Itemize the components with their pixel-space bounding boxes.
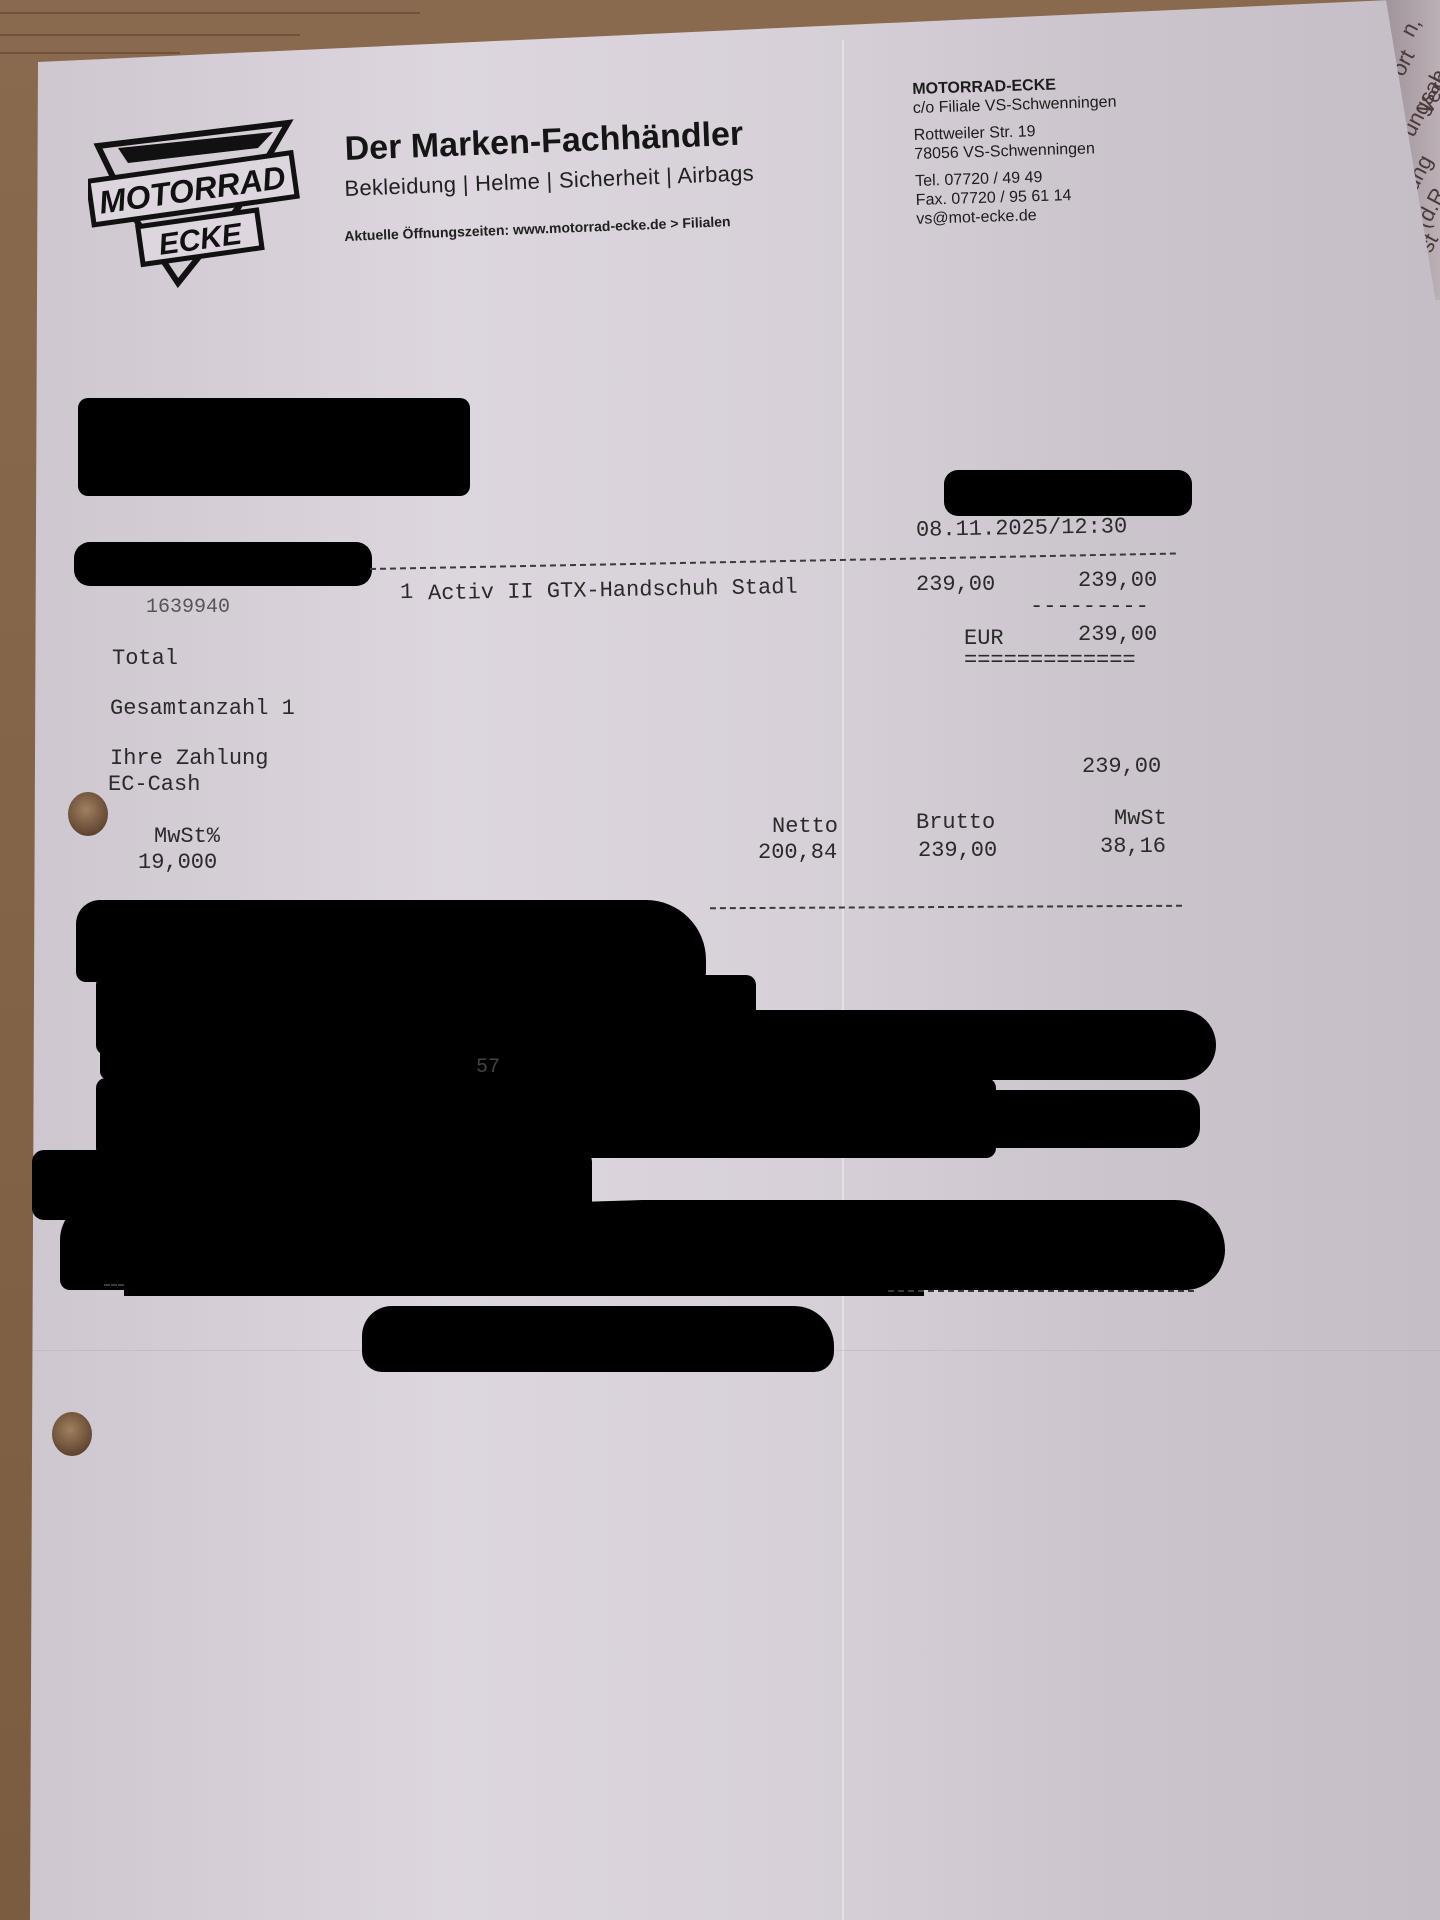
redaction — [944, 470, 1192, 516]
punch-hole — [68, 792, 108, 836]
dashed-rule — [104, 1284, 124, 1286]
item-total: 239,00 — [1078, 568, 1157, 593]
redaction — [78, 398, 470, 496]
redaction — [560, 1060, 940, 1076]
tax-rate-header: MwSt% — [154, 824, 220, 849]
paper-fold — [842, 40, 844, 1920]
redaction — [362, 1306, 834, 1372]
tax-amount-header: MwSt — [1114, 806, 1167, 831]
tax-gross: 239,00 — [918, 838, 997, 863]
tax-rate: 19,000 — [138, 850, 217, 875]
subtotal-rule: --------- — [1030, 594, 1149, 619]
payment-amount: 239,00 — [1082, 754, 1161, 779]
item-qty: 1 — [400, 580, 414, 605]
total-amount: 239,00 — [1078, 622, 1157, 647]
tax-amount: 38,16 — [1100, 834, 1166, 859]
item-unit-price: 239,00 — [916, 572, 995, 597]
article-number: 1639940 — [146, 596, 230, 619]
redaction — [76, 900, 706, 982]
tax-net-header: Netto — [772, 814, 838, 839]
receipt-datetime: 08.11.2025/12:30 — [916, 514, 1128, 543]
payment-method: EC-Cash — [108, 772, 200, 797]
tax-gross-header: Brutto — [916, 810, 995, 835]
tax-net: 200,84 — [758, 840, 837, 865]
payment-label: Ihre Zahlung — [110, 746, 268, 771]
redaction — [96, 1078, 996, 1158]
dashed-rule — [888, 1290, 1194, 1292]
item-count: Gesamtanzahl 1 — [110, 696, 295, 721]
total-label: Total — [112, 646, 178, 671]
redaction — [124, 1260, 924, 1296]
paper-fragment: n, — [1395, 13, 1427, 41]
store-address: MOTORRAD-ECKE c/o Filiale VS-Schwenninge… — [912, 74, 1120, 229]
motorrad-ecke-logo: MOTORRAD ECKE — [88, 118, 308, 288]
redaction — [930, 1090, 1200, 1148]
redaction — [74, 542, 372, 586]
partially-visible-text: 57 — [476, 1056, 500, 1079]
double-rule: ============= — [964, 648, 1136, 673]
punch-hole — [52, 1412, 92, 1456]
